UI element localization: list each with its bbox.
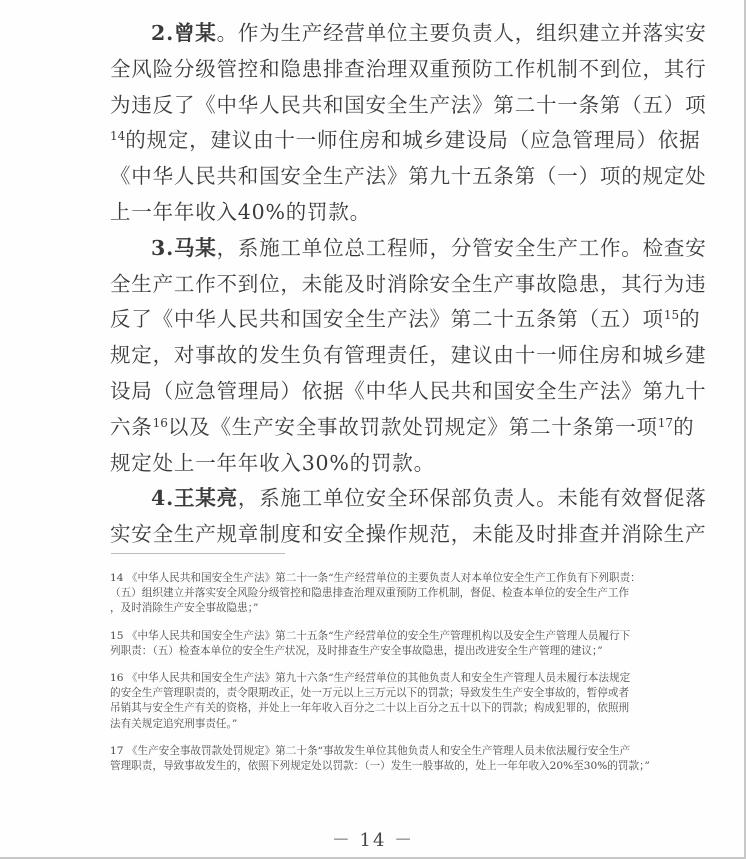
footnote-line: 14 《中华人民共和国安全生产法》第二十一条“生产经营单位的主要负责人对本单位安… xyxy=(110,571,650,586)
paragraph-ma: 3.马某，系施工单位总工程师，分管安全生产工作。检查安 全生产工作不到位，未能及… xyxy=(110,231,648,482)
footnote-ref[interactable]: 17 xyxy=(658,416,673,430)
footnote-line: 16 《中华人民共和国安全生产法》第九十六条“生产经营单位的其他负责人和安全生产… xyxy=(110,671,650,686)
text-span: 。作为生产经营单位主要负责人，组织建立并落实安 xyxy=(217,21,707,45)
text-line: 2.曾某。作为生产经营单位主要负责人，组织建立并落实安 xyxy=(110,16,648,52)
text-line: 六条16以及《生产安全事故罚款处罚规定》第二十条第一项17的 xyxy=(110,410,648,446)
text-line: 反了《中华人民共和国安全生产法》第二十五条第（五）项15的 xyxy=(110,302,648,338)
text-line: 全风险分级管控和隐患排查治理双重预防工作机制不到位，其行 xyxy=(110,52,648,88)
text-line: 设局（应急管理局）依据《中华人民共和国安全生产法》第九十 xyxy=(110,374,648,410)
text-span: 六条 xyxy=(110,415,153,439)
footnote-line: 15 《中华人民共和国安全生产法》第二十五条“生产经营单位的安全生产管理机构以及… xyxy=(110,629,650,644)
text-span: 反了《中华人民共和国安全生产法》第二十五条第（五）项 xyxy=(110,307,664,331)
text-line: 全生产工作不到位，未能及时消除安全生产事故隐患，其行为违 xyxy=(110,267,648,303)
person-name: 4.王某亮 xyxy=(151,486,238,510)
footnote-line: ，及时消除生产安全事故隐患；” xyxy=(110,601,650,616)
text-line: 4.王某亮，系施工单位安全环保部负责人。未能有效督促落 xyxy=(110,481,648,517)
footnote-14: 14 《中华人民共和国安全生产法》第二十一条“生产经营单位的主要负责人对本单位安… xyxy=(110,571,650,617)
text-line: 《中华人民共和国安全生产法》第九十五条第（一）项的规定处 xyxy=(110,159,648,195)
text-span: 的 xyxy=(673,415,694,439)
page-number: － 14 － xyxy=(0,826,746,852)
text-span: ，系施工单位总工程师，分管安全生产工作。检查安 xyxy=(217,236,707,260)
body-text: 2.曾某。作为生产经营单位主要负责人，组织建立并落实安 全风险分级管控和隐患排查… xyxy=(110,16,648,553)
footnote-ref[interactable]: 16 xyxy=(153,416,168,430)
paragraph-zeng: 2.曾某。作为生产经营单位主要负责人，组织建立并落实安 全风险分级管控和隐患排查… xyxy=(110,16,648,231)
footnote-17: 17 《生产安全事故罚款处罚规定》第二十条“事故发生单位其他负责人和安全生产管理… xyxy=(110,744,650,774)
text-line: 实安全生产规章制度和安全操作规范，未能及时排查并消除生产 xyxy=(110,517,648,553)
footnote-line: 法有关规定追究刑事责任。” xyxy=(110,717,650,732)
footnote-16: 16 《中华人民共和国安全生产法》第九十六条“生产经营单位的其他负责人和安全生产… xyxy=(110,671,650,732)
footnote-ref[interactable]: 14 xyxy=(110,129,125,143)
footnotes: 14 《中华人民共和国安全生产法》第二十一条“生产经营单位的主要负责人对本单位安… xyxy=(110,571,650,786)
person-name: 2.曾某 xyxy=(151,21,217,45)
person-name: 3.马某 xyxy=(151,236,217,260)
footnote-line: 的安全生产管理职责的，责令限期改正，处一万元以上三万元以下的罚款；导致发生生产安… xyxy=(110,686,650,701)
footnote-line: 管理职责，导致事故发生的，依照下列规定处以罚款：（一）发生一般事故的，处上一年年… xyxy=(110,759,650,774)
footnote-line: （五）组织建立并落实安全风险分级管控和隐患排查治理双重预防工作机制，督促、检查本… xyxy=(110,586,650,601)
text-span: 的规定，建议由十一师住房和城乡建设局（应急管理局）依据 xyxy=(125,128,700,152)
text-line: 规定，对事故的发生负有管理责任，建议由十一师住房和城乡建 xyxy=(110,338,648,374)
footnote-ref[interactable]: 15 xyxy=(664,308,679,322)
footnote-line: 吊销其与安全生产有关的资格，并处上一年年收入百分之二十以上百分之五十以下的罚款；… xyxy=(110,701,650,716)
paragraph-wang: 4.王某亮，系施工单位安全环保部负责人。未能有效督促落 实安全生产规章制度和安全… xyxy=(110,481,648,553)
text-line: 为违反了《中华人民共和国安全生产法》第二十一条第（五）项 xyxy=(110,88,648,124)
text-line: 14的规定，建议由十一师住房和城乡建设局（应急管理局）依据 xyxy=(110,123,648,159)
text-span: 以及《生产安全事故罚款处罚规定》第二十条第一项 xyxy=(168,415,658,439)
text-line: 规定处上一年年收入30%的罚款。 xyxy=(110,446,648,482)
text-line: 上一年年收入40%的罚款。 xyxy=(110,195,648,231)
footnote-separator xyxy=(111,553,285,554)
footnote-15: 15 《中华人民共和国安全生产法》第二十五条“生产经营单位的安全生产管理机构以及… xyxy=(110,629,650,659)
footnote-line: 列职责：（五）检查本单位的安全生产状况，及时排查生产安全事故隐患，提出改进安全生… xyxy=(110,644,650,659)
text-line: 3.马某，系施工单位总工程师，分管安全生产工作。检查安 xyxy=(110,231,648,267)
document-page: 2.曾某。作为生产经营单位主要负责人，组织建立并落实安 全风险分级管控和隐患排查… xyxy=(0,0,746,859)
text-span: 的 xyxy=(679,307,700,331)
text-span: ，系施工单位安全环保部负责人。未能有效督促落 xyxy=(238,486,707,510)
footnote-line: 17 《生产安全事故罚款处罚规定》第二十条“事故发生单位其他负责人和安全生产管理… xyxy=(110,744,650,759)
